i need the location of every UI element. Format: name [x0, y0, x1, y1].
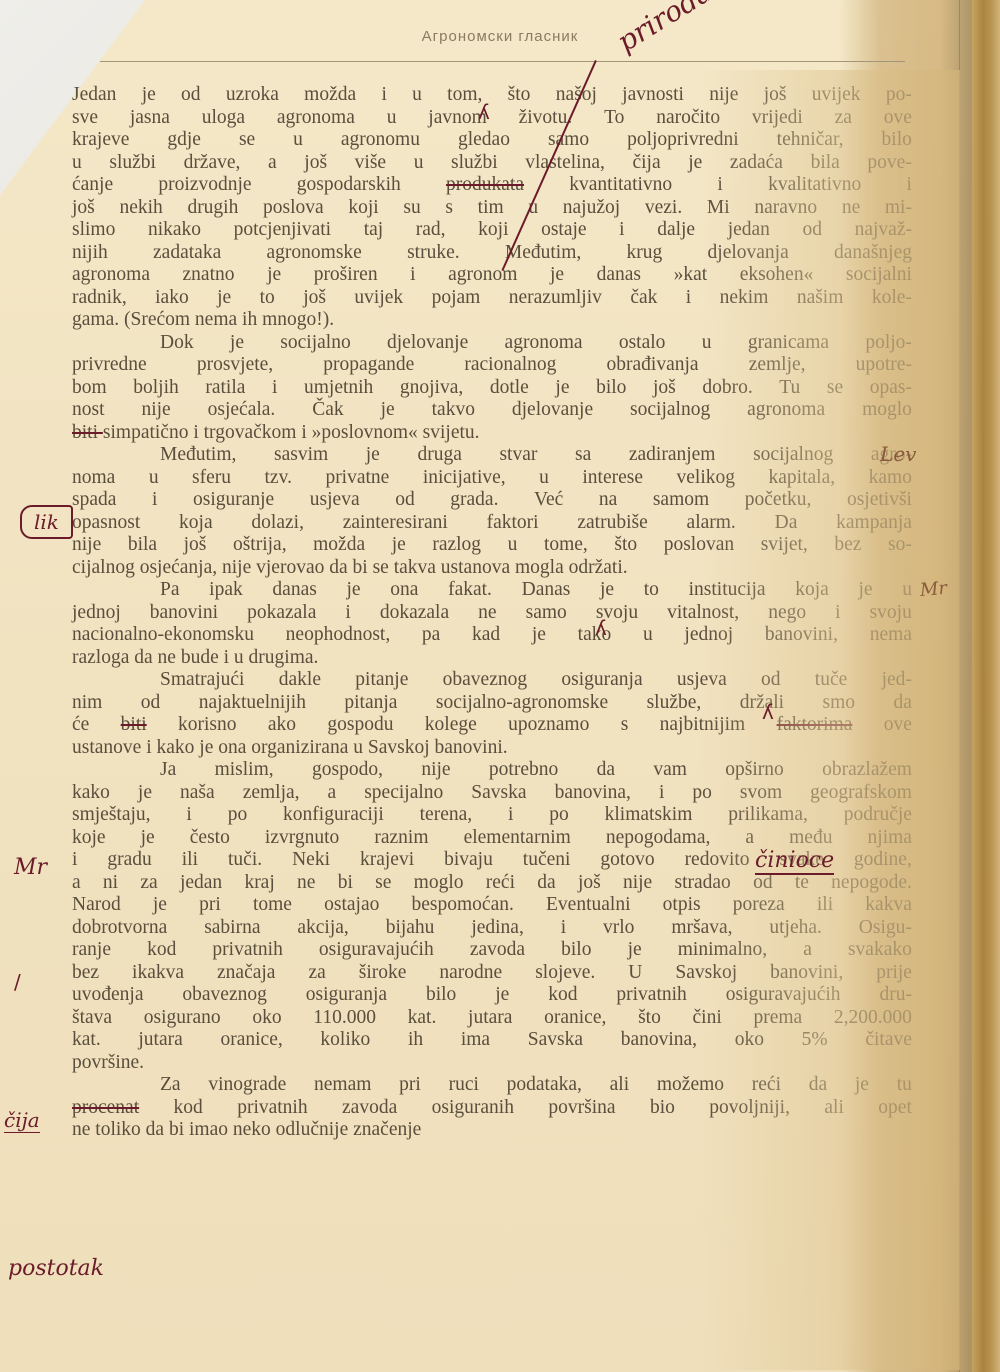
margin-tick-mark: / — [14, 970, 21, 994]
running-header: Агрономски гласник — [0, 28, 1000, 45]
text-line: opasnostkojadolazi,zainteresiranifaktori… — [72, 512, 912, 535]
text-line: krajevegdjeseuagronomugledaosamopoljopri… — [72, 129, 912, 152]
insertion-caret-mark: ʎ — [595, 616, 607, 640]
text-line: uvođenjaobaveznogosiguranjabilojekodpriv… — [72, 984, 912, 1007]
text-line: radnik,iakojetojošuvijekpojamnerazumljiv… — [72, 287, 912, 310]
text-line: površine. — [72, 1052, 912, 1075]
text-line: Zavinogradenemamprirucipodataka,alimožem… — [72, 1074, 912, 1097]
text-line: uslužbidržave,ajošvišeuslužbivlastelina,… — [72, 152, 912, 175]
annotation-left-margin-lik: lik — [20, 505, 73, 539]
text-line: nijihzadatakaagronomskestruke.Međutim,kr… — [72, 242, 912, 265]
text-line: štavaosiguranooko110.000kat.jutaraoranic… — [72, 1007, 912, 1030]
text-line: bomboljihratilaiumjetnihgnojiva,dotlejeb… — [72, 377, 912, 400]
text-line: Smatrajućidaklepitanjeobaveznogosiguranj… — [72, 669, 912, 692]
text-line: gama. (Srećom nema ih mnogo!). — [72, 309, 912, 332]
text-line: nomausferutzv.privatneinicijative,uinter… — [72, 467, 912, 490]
body-text: Jedanjeoduzrokamoždaiutom,štonašojjavnos… — [72, 84, 912, 1142]
annotation-right-margin-lev: Lev — [880, 442, 916, 466]
annotation-right-margin-mr: Mr — [919, 578, 948, 601]
text-line: Paipakdanasjeonafakat.Danasjetoinstituci… — [72, 579, 912, 602]
page-binding-edge — [972, 0, 1000, 1372]
text-line: ćanjeproizvodnjegospodarskihprodukatakva… — [72, 174, 912, 197]
text-line: nijebilajošoštrija,moždajerazlogutome,št… — [72, 534, 912, 557]
text-line: ranjekodprivatnihosiguravajućihzavodabil… — [72, 939, 912, 962]
text-line: jednojbanovinipokazalaidokazalanesamosvo… — [72, 602, 912, 625]
text-line: kat.jutaraoranice,kolikoihimaSavskabanov… — [72, 1029, 912, 1052]
annotation-left-margin-mr: Mr — [14, 855, 47, 880]
text-line: Jedanjeoduzrokamoždaiutom,štonašojjavnos… — [72, 84, 912, 107]
annotation-left-margin-postotak: postotak — [8, 1256, 104, 1281]
text-line: ustanove i kako je ona organizirana u Sa… — [72, 737, 912, 760]
text-line: kojeječestoizvrgnutoraznimelementarnimne… — [72, 827, 912, 850]
text-line: dobrotvornasabirnaakcija,bijahujedina,iv… — [72, 917, 912, 940]
text-line: Međutim,sasvimjedrugastvarsazadiranjemso… — [72, 444, 912, 467]
text-line: Narodjepritomeostajaobespomoćan.Eventual… — [72, 894, 912, 917]
text-line: nacionalno-ekonomskuneophodnost,pakadjet… — [72, 624, 912, 647]
header-rule — [100, 61, 905, 62]
text-line: biti simpatično i trgovačkom i »poslovno… — [72, 422, 912, 445]
text-line: svejasnaulogaagronomaujavnomživotu.Tonar… — [72, 107, 912, 130]
text-line: cijalnog osjećanja, nije vjerovao da bi … — [72, 557, 912, 580]
text-line: smještaju,ipokonfiguracijiterena,ipoklim… — [72, 804, 912, 827]
text-line: nostnijeosjećala.Čakjetakvodjelovanjesoc… — [72, 399, 912, 422]
text-line: agronomaznatnojeprošireniagronomjedanas»… — [72, 264, 912, 287]
insertion-caret-mark: ʎ — [478, 100, 490, 124]
text-line: bezikakvaznačajazaširokenarodneslojeve.U… — [72, 962, 912, 985]
text-line: jošnekihdrugihposlovakojisustimunajužojv… — [72, 197, 912, 220]
text-line: procenatkodprivatnihzavodaosiguranihpovr… — [72, 1097, 912, 1120]
annotation-correction-cinioce: činioce — [755, 848, 834, 875]
text-line: spadaiosiguranjeusjevaodgrada.Većnasamom… — [72, 489, 912, 512]
page-edge-line — [959, 0, 960, 1372]
annotation-left-margin-cija: čija — [4, 1108, 40, 1133]
text-line: razloga da ne bude i u drugima. — [72, 647, 912, 670]
text-line: kakojenašazemlja,aspecijalnoSavskabanovi… — [72, 782, 912, 805]
text-line: Dokjesocijalnodjelovanjeagronomaostaloug… — [72, 332, 912, 355]
text-line: slimonikakopotcjenjivatitajrad,kojiostaj… — [72, 219, 912, 242]
text-line: privredneprosvjete,propaganderacionalnog… — [72, 354, 912, 377]
text-line: Jamislim,gospodo,nijepotrebnodavamopširn… — [72, 759, 912, 782]
text-line: ćebitikorisnoakogospodukolegeupoznamosna… — [72, 714, 912, 737]
scanned-page: Агрономски гласник Jedanjeoduzrokamoždai… — [0, 0, 1000, 1372]
text-line: ne toliko da bi imao neko odlučnije znač… — [72, 1119, 912, 1142]
text-line: nimodnajaktuelnijihpitanjasocijalno-agro… — [72, 692, 912, 715]
insertion-caret-mark: ʎ — [762, 700, 774, 724]
